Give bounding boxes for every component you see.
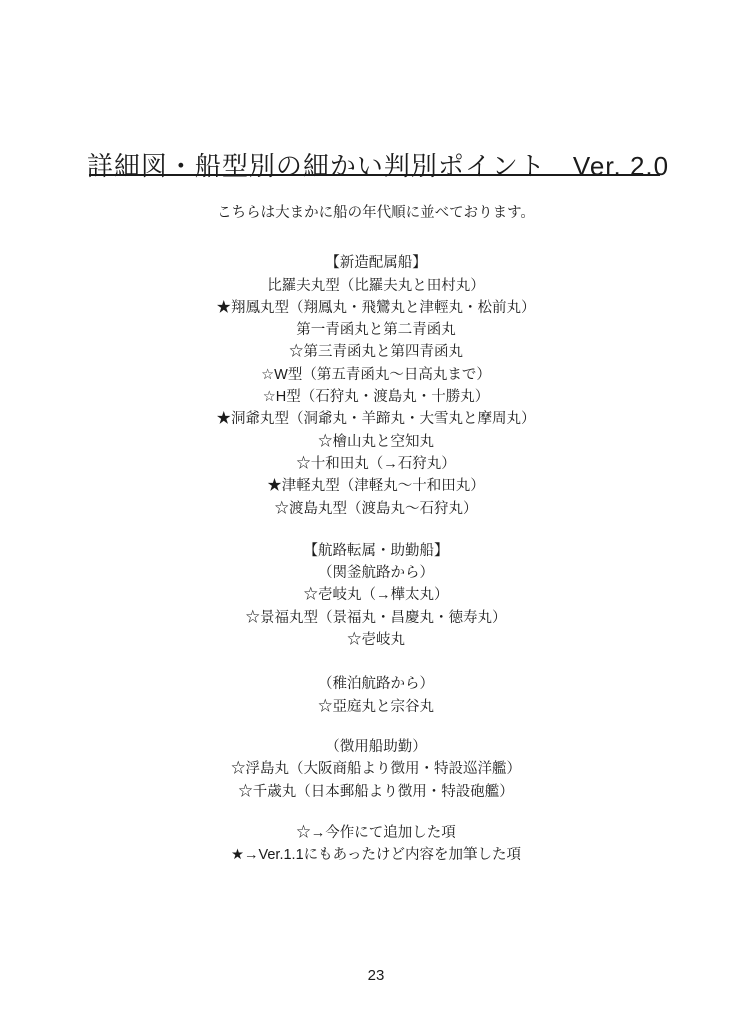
- list-item: ☆H型（石狩丸・渡島丸・十勝丸）: [90, 386, 662, 408]
- list-item: 第一青函丸と第二青函丸: [90, 319, 662, 341]
- list-item: ☆第三青函丸と第四青函丸: [90, 341, 662, 363]
- legend: ☆→今作にて追加した項 ★→Ver.1.1にもあったけど内容を加筆した項: [90, 822, 662, 867]
- section-requisitioned: （徴用船助勤） ☆浮島丸（大阪商船より徴用・特設巡洋艦） ☆千歳丸（日本郵船より…: [90, 736, 662, 803]
- page-title: 詳細図・船型別の細かい判別ポイント Ver. 2.0: [85, 146, 671, 183]
- intro-note: こちらは大まかに船の年代順に並べております。: [90, 202, 662, 224]
- title-underline: [89, 174, 660, 176]
- section-transferred: 【航路転属・助勤船】 （関釜航路から） ☆壱岐丸（→樺太丸） ☆景福丸型（景福丸…: [90, 540, 662, 651]
- list-item: ★洞爺丸型（洞爺丸・羊蹄丸・大雪丸と摩周丸）: [90, 408, 662, 430]
- page-number: 23: [90, 967, 662, 984]
- list-item: （徴用船助勤）: [90, 736, 662, 758]
- list-item: ☆十和田丸（→石狩丸）: [90, 453, 662, 475]
- section-new-build: 【新造配属船】 比羅夫丸型（比羅夫丸と田村丸） ★翔鳳丸型（翔鳳丸・飛鸞丸と津輕…: [90, 252, 662, 520]
- list-item: ☆千歳丸（日本郵船より徴用・特設砲艦）: [90, 781, 662, 803]
- document-page: 詳細図・船型別の細かい判別ポイント Ver. 2.0 こちらは大まかに船の年代順…: [0, 0, 734, 1024]
- section-chihaku-route: （稚泊航路から） ☆亞庭丸と宗谷丸: [90, 673, 662, 718]
- list-item: 比羅夫丸型（比羅夫丸と田村丸）: [90, 275, 662, 297]
- list-item: ★翔鳳丸型（翔鳳丸・飛鸞丸と津輕丸・松前丸）: [90, 297, 662, 319]
- list-item: ☆渡島丸型（渡島丸～石狩丸）: [90, 498, 662, 520]
- list-item: ☆亞庭丸と宗谷丸: [90, 696, 662, 718]
- list-item: ★津軽丸型（津軽丸～十和田丸）: [90, 475, 662, 497]
- legend-item: ☆→今作にて追加した項: [90, 822, 662, 844]
- list-item: ☆檜山丸と空知丸: [90, 431, 662, 453]
- list-item: ☆W型（第五青函丸～日高丸まで）: [90, 364, 662, 386]
- list-item: （稚泊航路から）: [90, 673, 662, 695]
- content-column: こちらは大まかに船の年代順に並べております。 【新造配属船】 比羅夫丸型（比羅夫…: [90, 202, 662, 866]
- list-item: ☆壱岐丸（→樺太丸）: [90, 584, 662, 606]
- legend-item: ★→Ver.1.1にもあったけど内容を加筆した項: [90, 844, 662, 866]
- section-heading: 【航路転属・助勤船】: [90, 540, 662, 562]
- list-item: ☆壱岐丸: [90, 629, 662, 651]
- list-item: ☆浮島丸（大阪商船より徴用・特設巡洋艦）: [90, 758, 662, 780]
- section-heading: 【新造配属船】: [90, 252, 662, 274]
- list-item: （関釜航路から）: [90, 562, 662, 584]
- list-item: ☆景福丸型（景福丸・昌慶丸・徳寿丸）: [90, 607, 662, 629]
